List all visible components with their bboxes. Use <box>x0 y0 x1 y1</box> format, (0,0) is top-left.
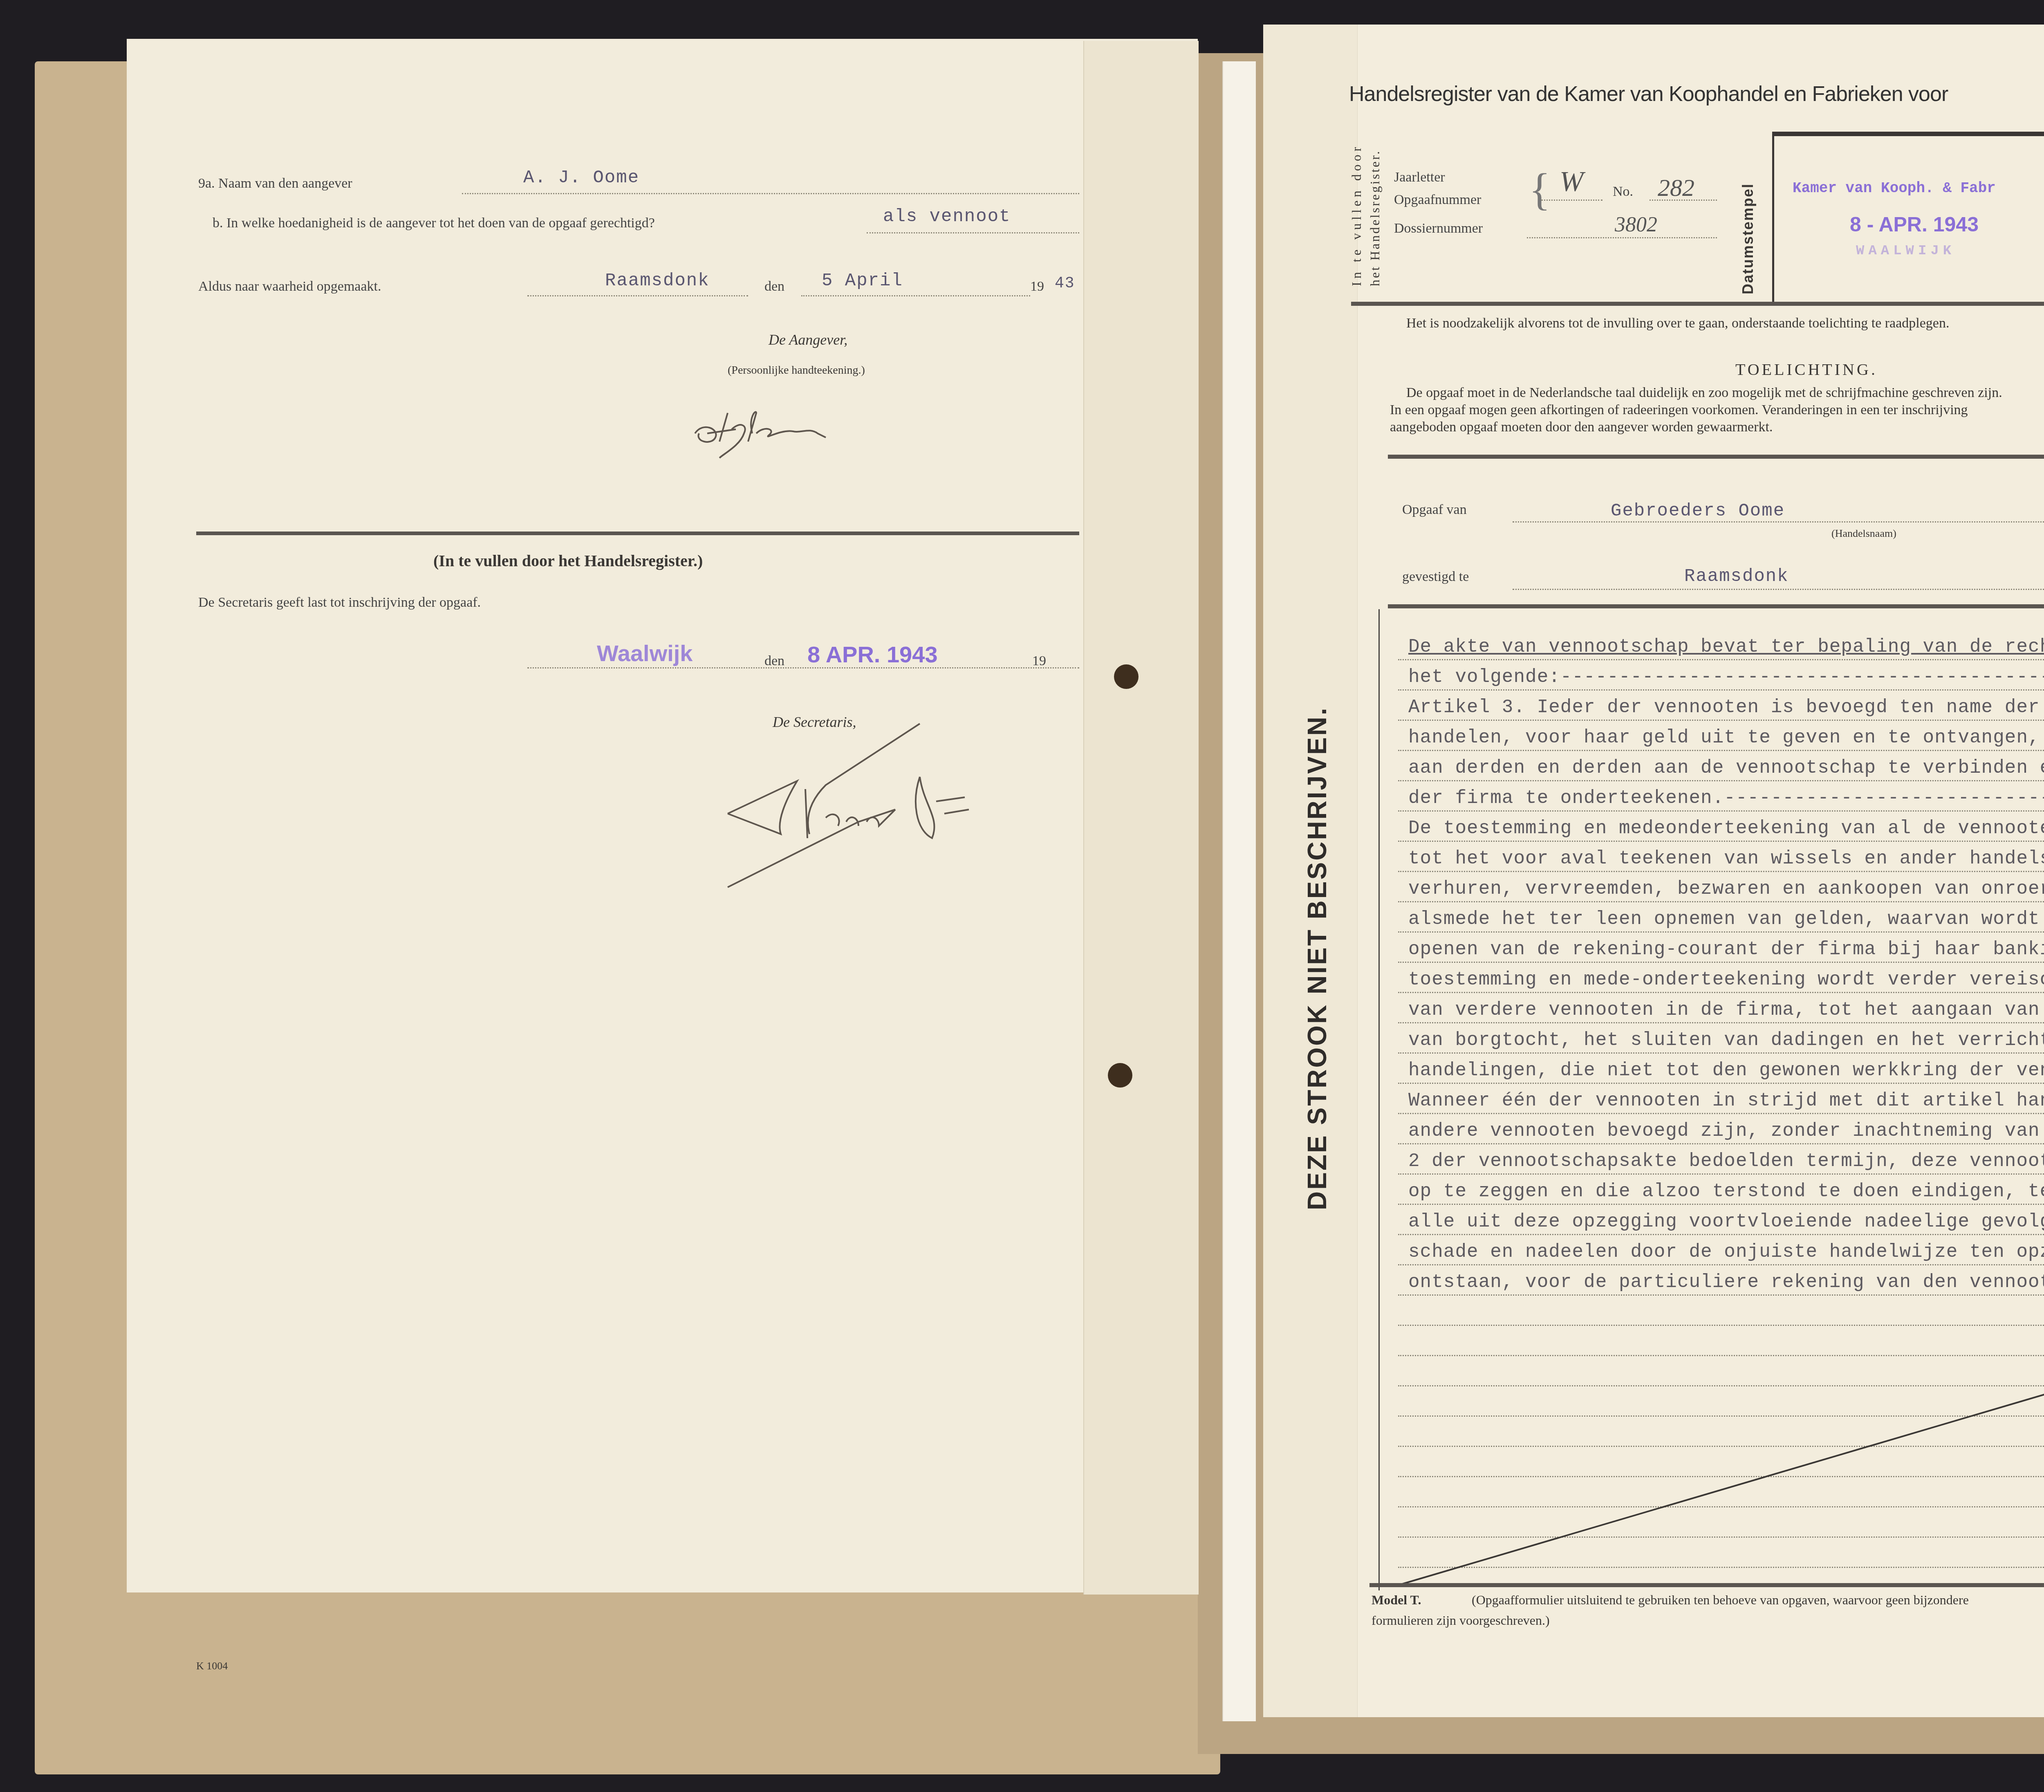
model-note-line-2: formulieren zijn voorgeschreven.) <box>1372 1613 1550 1628</box>
brace-icon: { <box>1529 164 1551 215</box>
aangever-subtitle: (Persoonlijke handteekening.) <box>728 364 865 377</box>
deed-line: andere vennooten bevoegd zijn, zonder in… <box>1408 1116 2044 1146</box>
jaarletter-value[interactable]: W <box>1560 166 1583 198</box>
gevestigd-line <box>1513 589 2044 590</box>
item-9a-line <box>462 193 1079 194</box>
handelsnaam-label: (Handelsnaam) <box>1831 527 1896 540</box>
toelichting-text: De opgaaf moet in de Nederlandsche taal … <box>1390 384 2044 436</box>
deed-line: op te zeggen en die alzoo terstond te do… <box>1408 1176 2044 1207</box>
punch-hole-icon <box>1108 1063 1132 1088</box>
page-stack-edge <box>1222 61 1256 1721</box>
footer-divider <box>1369 1583 2044 1587</box>
drawn-up-label: Aldus naar waarheid opgemaakt. <box>198 279 381 294</box>
deed-line: aan derden en derden aan de vennootschap… <box>1408 753 2044 783</box>
punch-hole-icon <box>1114 664 1139 689</box>
deed-line: handelingen, die niet tot den gewonen we… <box>1408 1055 2044 1086</box>
toelichting-divider <box>1388 455 2044 459</box>
left-page-fold <box>1083 41 1199 1595</box>
register-title: Handelsregister van de Kamer van Koophan… <box>1349 82 1948 106</box>
drawn-up-place-line <box>527 295 748 296</box>
item-9a-value[interactable]: A. J. Oome <box>523 168 639 188</box>
stamp-date: 8 - APR. 1943 <box>1850 213 1979 236</box>
deed-line: ontstaan, voor de particuliere rekening … <box>1408 1267 2044 1297</box>
model-label: Model T. <box>1372 1592 1421 1608</box>
deed-line: van borgtocht, het sluiten van dadingen … <box>1408 1025 2044 1055</box>
dossiernummer-value[interactable]: 3802 <box>1615 213 1657 237</box>
item-9b-value[interactable]: als vennoot <box>883 206 1011 227</box>
registry-place-stamp: Waalwijk <box>597 640 693 666</box>
deed-line: tot het voor aval teekenen van wissels e… <box>1408 843 2044 874</box>
opgaaf-van-label: Opgaaf van <box>1402 502 1467 518</box>
deed-line: De akte van vennootschap bevat ter bepal… <box>1408 632 2044 662</box>
deed-line: schade en nadeelen door de onjuiste hand… <box>1408 1237 2044 1267</box>
registry-year-prefix: 19 <box>1032 653 1046 669</box>
gevestigd-value[interactable]: Raamsdonk <box>1684 566 1789 587</box>
item-9b-line <box>867 232 1079 233</box>
opgaaf-van-line <box>1513 521 2044 523</box>
toelichting-title: TOELICHTING. <box>1735 360 1878 379</box>
deed-line: openen van de rekening-courant der firma… <box>1408 934 2044 964</box>
aangever-signature-icon <box>687 405 842 466</box>
toelichting-line: aangeboden opgaaf moeten door den aangev… <box>1390 419 2044 436</box>
deed-line: van verdere vennooten in de firma, tot h… <box>1408 995 2044 1025</box>
section-divider <box>196 532 1079 535</box>
side-label-handelsregister: het Handelsregister. <box>1367 150 1383 286</box>
secretary-signature-icon <box>703 720 989 891</box>
registry-den: den <box>764 653 784 669</box>
registry-heading: (In te vullen door het Handelsregister.) <box>433 551 703 570</box>
item-9b-label: b. In welke hoedanigheid is de aangever … <box>213 215 655 231</box>
form-code: K 1004 <box>196 1660 228 1672</box>
dossiernummer-line <box>1527 237 1717 238</box>
deed-line: Artikel 3. Ieder der vennooten is bevoeg… <box>1408 692 2044 722</box>
deed-line: alle uit deze opzegging voortvloeiende n… <box>1408 1207 2044 1237</box>
deed-line: het volgende:---------------------------… <box>1408 662 2044 692</box>
aangever-title: De Aangever, <box>769 331 847 348</box>
stamp-city: WAALWIJK <box>1856 243 1955 259</box>
gevestigd-label: gevestigd te <box>1402 569 1469 585</box>
notice-text: Het is noodzakelijk alvorens tot de invu… <box>1406 316 1949 331</box>
deed-line: 2 der vennootschapsakte bedoelden termij… <box>1408 1146 2044 1176</box>
drawn-up-year-prefix: 19 <box>1030 279 1044 294</box>
drawn-up-place[interactable]: Raamsdonk <box>605 271 710 291</box>
deed-line: verhuren, vervreemden, bezwaren en aanko… <box>1408 874 2044 904</box>
deed-line: alsmede het ter leen opnemen van gelden,… <box>1408 904 2044 934</box>
opgaafnummer-label: Opgaafnummer <box>1394 192 1481 208</box>
datumstempel-label: Datumstempel <box>1739 183 1757 294</box>
registry-date-line <box>527 667 1079 668</box>
deed-line: Wanneer één der vennooten in strijd met … <box>1408 1086 2044 1116</box>
header-divider <box>1351 302 2044 306</box>
drawn-up-date-line <box>801 295 1030 296</box>
address-divider <box>1388 604 2044 608</box>
deed-text: De akte van vennootschap bevat ter bepal… <box>1408 632 2044 1297</box>
secretary-instruction: De Secretaris geeft last tot inschrijvin… <box>198 595 481 610</box>
model-note-line-1: (Opgaafformulier uitsluitend te gebruike… <box>1472 1592 1969 1608</box>
closing-diagonal-line <box>1390 1321 2044 1590</box>
jaarletter-label: Jaarletter <box>1394 170 1445 185</box>
jaarletter-line <box>1541 200 1602 201</box>
drawn-up-den: den <box>764 279 784 294</box>
toelichting-line: De opgaaf moet in de Nederlandsche taal … <box>1390 384 2044 401</box>
no-label: No. <box>1613 184 1633 200</box>
item-9a-label: 9a. Naam van den aangever <box>198 176 352 191</box>
drawn-up-date[interactable]: 5 April <box>822 271 903 291</box>
opgaaf-no-value[interactable]: 282 <box>1658 174 1694 202</box>
dossiernummer-label: Dossiernummer <box>1394 221 1483 236</box>
opgaaf-van-value[interactable]: Gebroeders Oome <box>1611 501 1785 521</box>
registry-date-stamp: 8 APR. 1943 <box>807 641 938 668</box>
deed-line: De toestemming en medeonderteekening van… <box>1408 813 2044 843</box>
deed-line: toestemming en mede-onderteekening wordt… <box>1408 964 2044 995</box>
deed-line: der firma te onderteekenen.-------------… <box>1408 783 2044 813</box>
strip-border <box>1378 609 1380 1590</box>
toelichting-line: In een opgaaf mogen geen afkortingen of … <box>1390 401 2044 419</box>
side-label-in-te-vullen: In te vullen door <box>1349 144 1364 286</box>
stamp-chamber: Kamer van Kooph. & Fabr <box>1793 180 1996 197</box>
strip-warning: DEZE STROOK NIET BESCHRIJVEN. <box>1302 706 1332 1210</box>
deed-line: handelen, voor haar geld uit te geven en… <box>1408 722 2044 753</box>
drawn-up-year[interactable]: 43 <box>1055 275 1075 292</box>
